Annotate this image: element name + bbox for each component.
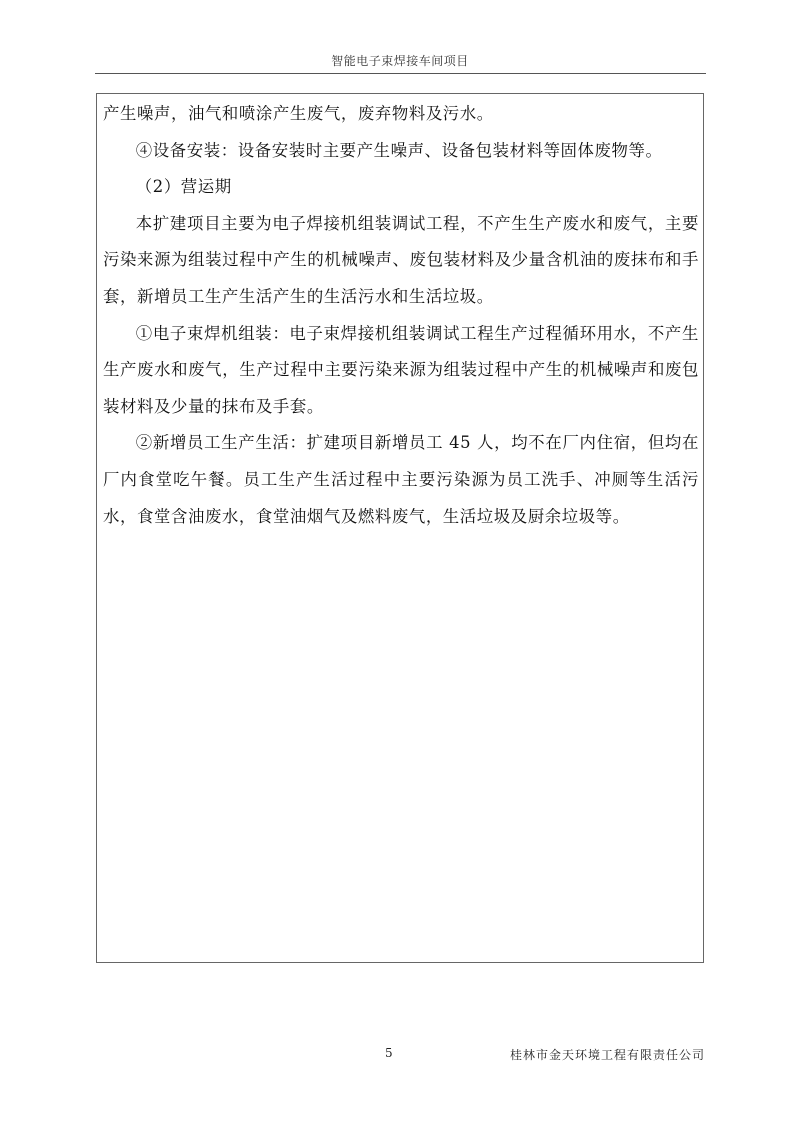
document-header-title: 智能电子束焊接车间项目 <box>0 52 800 69</box>
paragraph-staff-living: ②新增员工生产生活：扩建项目新增员工 45 人，均不在厂内住宿，但均在厂内食堂吃… <box>103 425 699 535</box>
paragraph-operation-overview: 本扩建项目主要为电子焊接机组装调试工程，不产生生产废水和废气，主要污染来源为组装… <box>103 206 699 316</box>
paragraph-equipment-installation: ④设备安装：设备安装时主要产生噪声、设备包装材料等固体废物等。 <box>103 133 699 170</box>
paragraph-construction-pollution: 产生噪声，油气和喷涂产生废气，废弃物料及污水。 <box>103 96 699 133</box>
header-divider <box>95 73 706 74</box>
page-number: 5 <box>385 1046 393 1060</box>
section-heading-operation-period: （2）营运期 <box>103 169 699 206</box>
footer-company-name: 桂林市金天环境工程有限责任公司 <box>510 1046 705 1063</box>
content-body: 产生噪声，油气和喷涂产生废气，废弃物料及污水。 ④设备安装：设备安装时主要产生噪… <box>103 96 699 535</box>
paragraph-welder-assembly: ①电子束焊机组装：电子束焊接机组装调试工程生产过程循环用水，不产生生产废水和废气… <box>103 316 699 426</box>
